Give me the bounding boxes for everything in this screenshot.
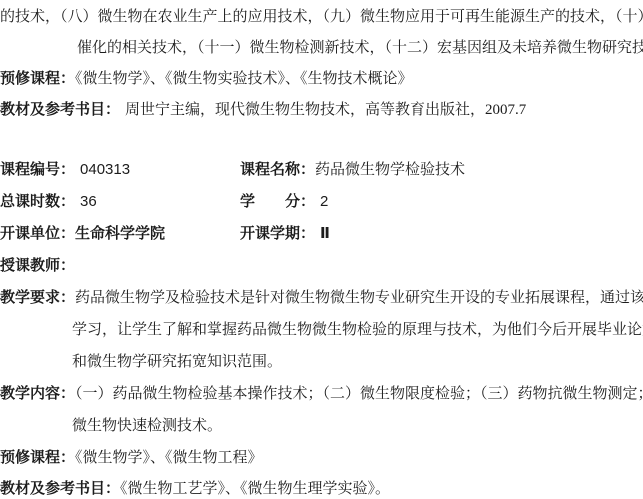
semester-label: 开课学期： [240, 225, 315, 242]
course-name-value: 药品微生物学检验技术 [315, 162, 465, 178]
course-number-label: 课程编号： [0, 161, 75, 178]
department-value: 生命科学学院 [75, 225, 165, 242]
teaching-requirements-line-2: 学习，让学生了解和掌握药品微生物微生物检验的原理与技术，为他们今后开展毕业论文工… [72, 320, 643, 340]
instructor-label: 授课教师： [0, 257, 75, 274]
prerequisites-top: 预修课程：《微生物学》、《微生物实验技术》、《生物技术概论》 [0, 69, 413, 89]
course-syllabus-document: 的技术，（八）微生物在农业生产上的应用技术，（九）微生物应用于可再生能源生产的技… [0, 0, 643, 499]
continuation-line-1: 的技术，（八）微生物在农业生产上的应用技术，（九）微生物应用于可再生能源生产的技… [0, 7, 643, 27]
course-number-value: 040313 [80, 161, 130, 178]
textbook-bottom-value: 《微生物工艺学》、《微生物生理学实验》。 [120, 481, 390, 497]
prerequisites-bottom: 预修课程：《微生物学》、《微生物工程》 [0, 448, 263, 468]
department-label: 开课单位： [0, 225, 75, 242]
semester: 开课学期：Ⅱ [240, 224, 330, 244]
teaching-content-label: 教学内容： [0, 385, 75, 402]
course-name: 课程名称：药品微生物学检验技术 [240, 160, 465, 180]
credits-value: 2 [320, 193, 328, 210]
instructor: 授课教师： [0, 256, 75, 276]
teaching-content: 教学内容：（一）药品微生物检验基本操作技术；（二）微生物限度检验；（三）药物抗微… [0, 384, 643, 404]
textbook-top-value: 周世宁主编，现代微生物生物技术，高等教育出版社，2007.7 [125, 102, 526, 118]
textbook-top: 教材及参考书目：周世宁主编，现代微生物生物技术，高等教育出版社，2007.7 [0, 100, 526, 120]
prerequisites-bottom-value: 《微生物学》、《微生物工程》 [75, 450, 263, 466]
credits: 学 分：2 [240, 192, 328, 212]
course-number: 课程编号：040313 [0, 160, 130, 180]
total-hours-value: 36 [80, 193, 97, 210]
teaching-requirements: 教学要求：药品微生物学及检验技术是针对微生物微生物专业研究生开设的专业拓展课程，… [0, 288, 643, 308]
textbook-bottom-label: 教材及参考书目： [0, 480, 120, 497]
teaching-requirements-line-1: 药品微生物学及检验技术是针对微生物微生物专业研究生开设的专业拓展课程，通过该课程… [75, 290, 643, 306]
credits-label: 学 分： [240, 193, 315, 210]
textbook-bottom: 教材及参考书目：《微生物工艺学》、《微生物生理学实验》。 [0, 479, 390, 499]
continuation-line-2: 催化的相关技术，（十一）微生物检测新技术，（十二）宏基因组及未培养微生物研究技术… [77, 38, 643, 58]
teaching-requirements-label: 教学要求： [0, 289, 75, 306]
total-hours-label: 总课时数： [0, 193, 75, 210]
department: 开课单位：生命科学学院 [0, 224, 165, 244]
prerequisites-bottom-label: 预修课程： [0, 449, 75, 466]
teaching-content-line-1: （一）药品微生物检验基本操作技术；（二）微生物限度检验；（三）药物抗微生物测定；… [75, 386, 643, 402]
semester-value: Ⅱ [320, 225, 330, 242]
teaching-content-line-2: 微生物快速检测技术。 [72, 416, 222, 436]
total-hours: 总课时数：36 [0, 192, 97, 212]
teaching-requirements-line-3: 和微生物学研究拓宽知识范围。 [72, 352, 282, 372]
textbook-top-label: 教材及参考书目： [0, 101, 120, 118]
course-name-label: 课程名称： [240, 161, 315, 178]
prerequisites-top-label: 预修课程： [0, 70, 75, 87]
prerequisites-top-value: 《微生物学》、《微生物实验技术》、《生物技术概论》 [75, 71, 413, 87]
